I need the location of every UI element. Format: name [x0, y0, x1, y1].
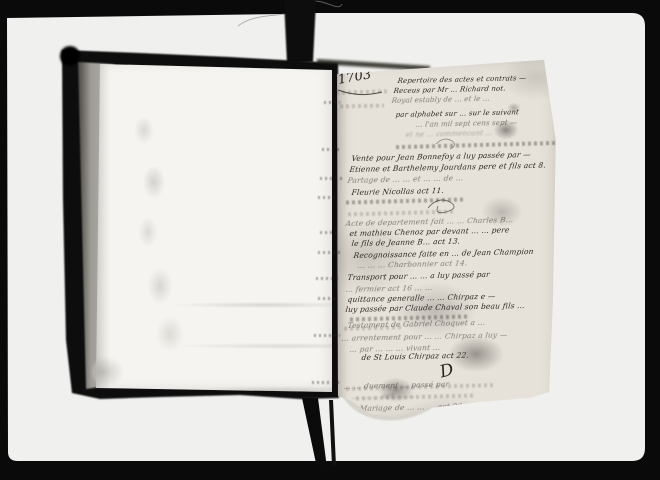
flourish-loop — [428, 200, 454, 213]
gutter-mark — [314, 334, 340, 337]
gutter-mark — [324, 101, 340, 104]
binding-corner-blob — [60, 46, 80, 66]
gutter-mark — [318, 196, 336, 199]
gutter-mark — [320, 231, 340, 234]
flourish-loop — [436, 139, 455, 149]
blank-verso-page — [96, 60, 332, 392]
ink-flourishes — [336, 58, 558, 422]
board-gap-tab — [284, 0, 316, 63]
archival-book-scan: 1703 Repertoire des actes et contrats — … — [0, 0, 660, 480]
gutter-mark — [316, 277, 340, 280]
year-underline-flourish — [338, 90, 382, 95]
gutter-mark — [312, 381, 340, 384]
gutter-mark — [320, 177, 342, 180]
manuscript-recto-page: 1703 Repertoire des actes et contrats — … — [336, 58, 558, 422]
gutter-mark — [318, 297, 338, 300]
gutter-mark — [318, 251, 340, 254]
gutter-mark — [322, 148, 342, 151]
